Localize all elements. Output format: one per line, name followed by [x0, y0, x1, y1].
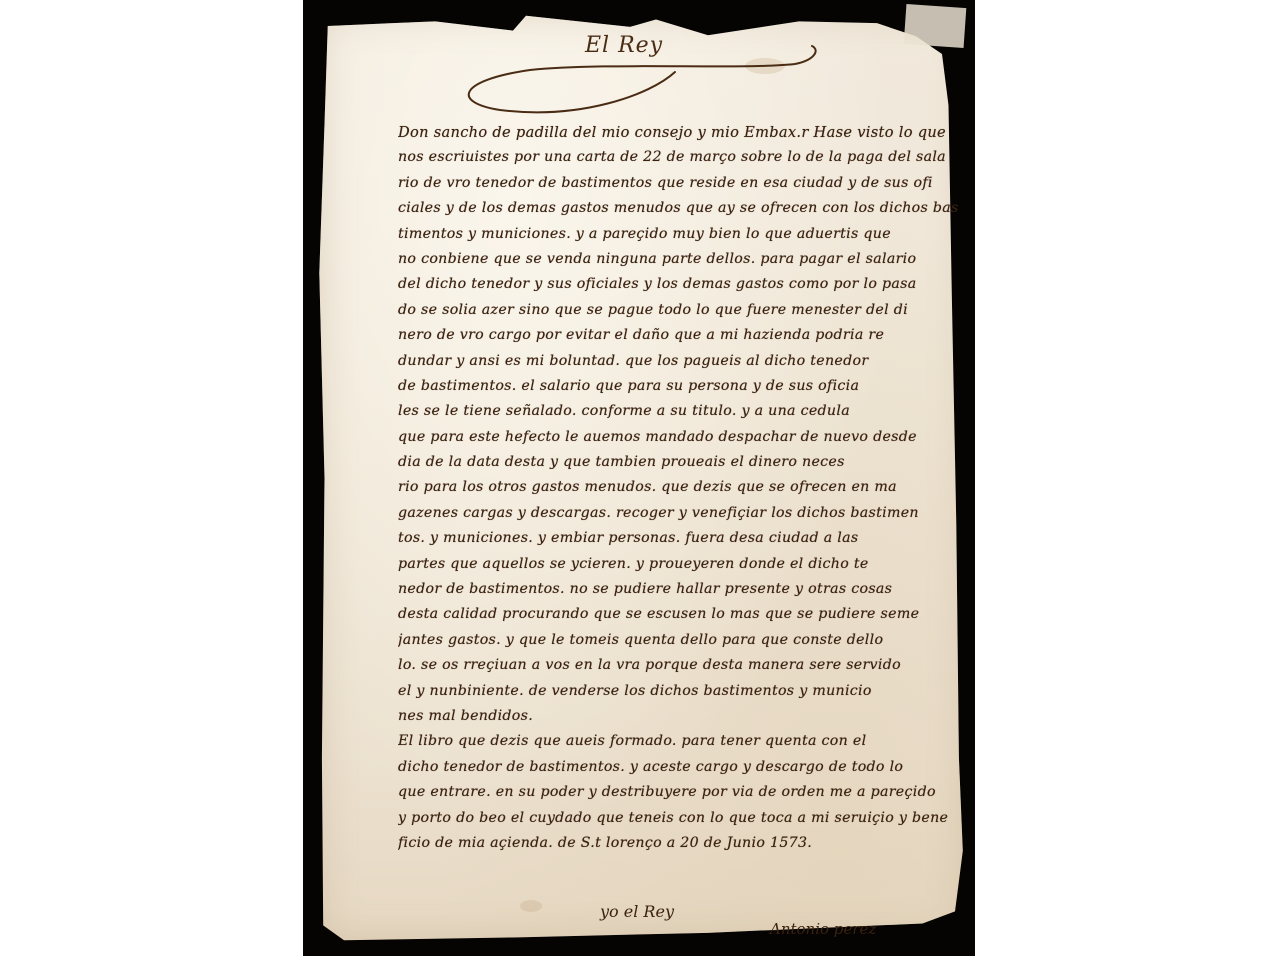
text-line: del dicho tenedor y sus oficiales y los …	[398, 272, 968, 297]
text-line: y porto do beo el cuydado que teneis con…	[398, 806, 968, 831]
text-line: nos escriuistes por una carta de 22 de m…	[398, 145, 968, 170]
text-line: de bastimentos. el salario que para su p…	[398, 374, 968, 399]
heading-flourish	[440, 40, 840, 120]
text-line: el y nunbiniente. de venderse los dichos…	[398, 679, 968, 704]
letter-body: Don sancho de padilla del mio consejo y …	[398, 120, 968, 856]
torn-paper-edge	[904, 4, 967, 48]
text-line: timentos y municiones. y a pareçido muy …	[398, 222, 968, 247]
text-line: gazenes cargas y descargas. recoger y ve…	[398, 501, 968, 526]
text-line: jantes gastos. y que le tomeis quenta de…	[398, 628, 968, 653]
text-line: nero de vro cargo por evitar el daño que…	[398, 323, 968, 348]
text-line: que para este hefecto le auemos mandado …	[398, 425, 968, 450]
text-line: El libro que dezis que aueis formado. pa…	[398, 729, 968, 754]
text-line: rio de vro tenedor de bastimentos que re…	[398, 171, 968, 196]
text-line: ficio de mia açienda. de S.t lorenço a 2…	[398, 831, 968, 856]
text-line: lo. se os rreçiuan a vos en la vra porqu…	[398, 653, 968, 678]
text-line: nedor de bastimentos. no se pudiere hall…	[398, 577, 968, 602]
secretary-signature: Antonio perez	[770, 920, 876, 938]
text-line: partes que aquellos se ycieren. y prouey…	[398, 552, 968, 577]
paper-stain	[520, 900, 542, 912]
text-line: dia de la data desta y que tambien proue…	[398, 450, 968, 475]
text-line: que entrare. en su poder y destribuyere …	[398, 780, 968, 805]
text-line: dundar y ansi es mi boluntad. que los pa…	[398, 349, 968, 374]
text-line: nes mal bendidos.	[398, 704, 968, 729]
text-line: dicho tenedor de bastimentos. y aceste c…	[398, 755, 968, 780]
royal-closing: yo el Rey	[600, 902, 674, 921]
text-line: Don sancho de padilla del mio consejo y …	[398, 120, 968, 145]
text-line: no conbiene que se venda ninguna parte d…	[398, 247, 968, 272]
text-line: tos. y municiones. y embiar personas. fu…	[398, 526, 968, 551]
text-line: desta calidad procurando que se escusen …	[398, 602, 968, 627]
text-line: rio para los otros gastos menudos. que d…	[398, 475, 968, 500]
text-line: do se solia azer sino que se pague todo …	[398, 298, 968, 323]
text-line: les se le tiene señalado. conforme a su …	[398, 399, 968, 424]
text-line: ciales y de los demas gastos menudos que…	[398, 196, 968, 221]
